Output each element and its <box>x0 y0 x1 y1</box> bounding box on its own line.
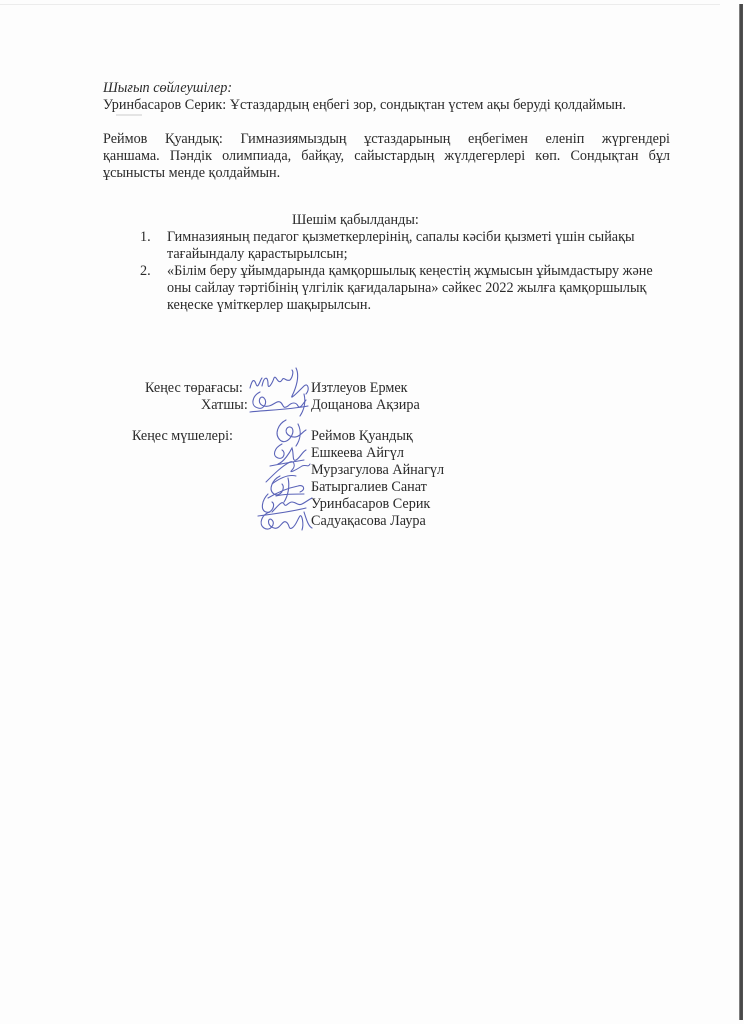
decision-item-number: 2. <box>140 263 151 280</box>
secretary-label: Хатшы: <box>201 397 248 414</box>
speaker-statement-2: Реймов Қуандық: Гимназиямыздың ұстаздары… <box>103 131 670 182</box>
speaker-statement-2-line-3: ұсынысты менде қолдаймын. <box>103 165 670 182</box>
decision-item-1-line-1: Гимназияның педагог қызметкерлерінің, са… <box>167 229 677 246</box>
decision-item-2-line-3: кеңеске үміткерлер шақырылсын. <box>167 297 677 314</box>
decision-item-number: 1. <box>140 229 151 246</box>
decision-item-2-line-2: оны сайлау тәртібінің үлгілік қағидалары… <box>167 280 677 297</box>
member-name-2: Ешкеева Айгүл <box>311 445 404 462</box>
scanned-document-page: Шығып сөйлеушілер: Уринбасаров Серик: Ұс… <box>0 0 744 1024</box>
member-name-6: Садуақасова Лаура <box>311 513 426 530</box>
secretary-name: Дощанова Ақзира <box>311 397 420 414</box>
member-name-3: Мурзагулова Айнагүл <box>311 462 444 479</box>
decision-title: Шешім қабылданды: <box>292 212 419 229</box>
speaker-statement-2-line-1: Реймов Қуандық: Гимназиямыздың ұстаздары… <box>103 131 670 148</box>
member-name-5: Уринбасаров Серик <box>311 496 430 513</box>
chair-label: Кеңес төрағасы: <box>145 380 243 397</box>
decision-item-1-line-2: тағайындалу қарастырылсын; <box>167 246 677 263</box>
speaker-statement-2-line-2: қаншама. Пәндік олимпиада, байқау, сайыс… <box>103 148 670 165</box>
speakers-heading: Шығып сөйлеушілер: <box>103 80 232 97</box>
member-name-1: Реймов Қуандық <box>311 428 413 445</box>
member-name-4: Батыргалиев Санат <box>311 479 427 496</box>
speaker-statement-1: Уринбасаров Серик: Ұстаздардың еңбегі зо… <box>103 97 626 114</box>
faint-scan-mark <box>116 114 142 116</box>
members-label: Кеңес мүшелері: <box>132 428 233 445</box>
member-signature-6-icon <box>254 506 314 536</box>
decision-item-2-line-1: «Білім беру ұйымдарында қамқоршылық кеңе… <box>167 263 677 280</box>
scan-edge-right <box>739 4 743 1020</box>
chair-name: Изтлеуов Ермек <box>311 380 408 397</box>
scan-edge-top <box>0 4 720 5</box>
secretary-signature-icon <box>246 388 316 418</box>
